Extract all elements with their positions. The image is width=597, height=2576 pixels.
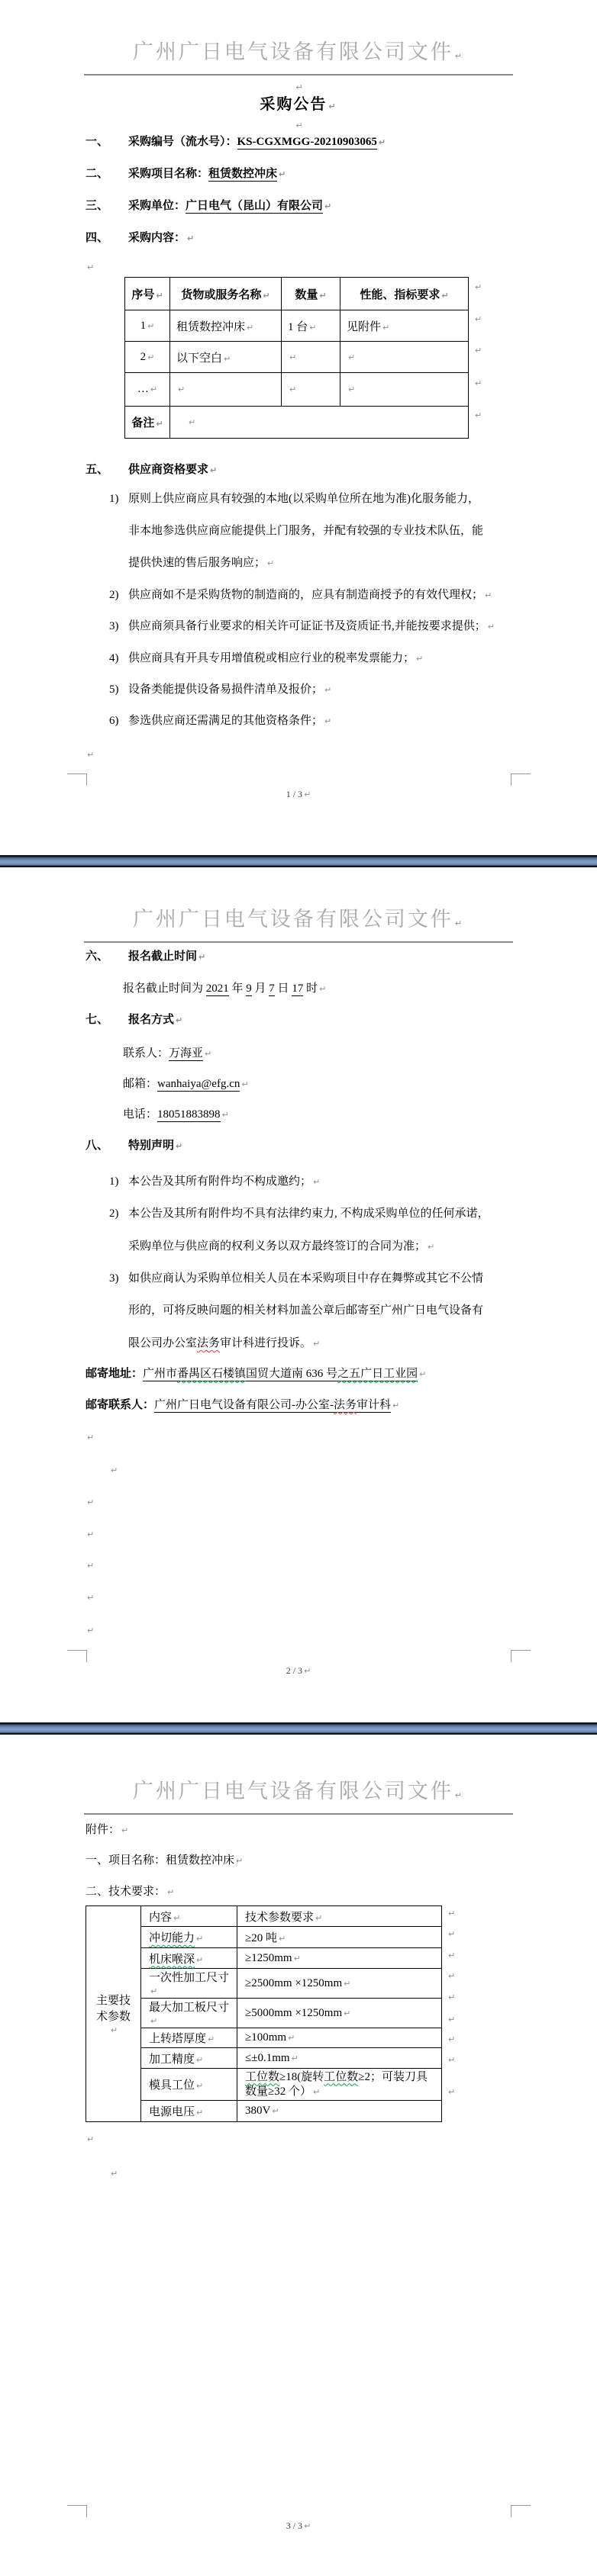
section-special-statement: 八、特别声明↵ <box>86 1138 182 1154</box>
mail-contact-label: 邮寄联系人： <box>86 1399 154 1411</box>
item-text: 非本地参选供应商应能提供上门服务，并配有较强的专业技术队伍，能 <box>128 525 483 537</box>
pilcrow-mark: ↵ <box>294 1954 301 1963</box>
pilcrow-mark: ↵ <box>222 1110 229 1120</box>
pilcrow-line: ↵ <box>86 1590 94 1606</box>
item-text-flagged: 法务 <box>197 1337 220 1349</box>
cell-qty: ↵ <box>282 373 340 407</box>
item-text: 限公司办公室 <box>128 1337 197 1349</box>
pilcrow-mark: ↵ <box>344 2008 350 2018</box>
list-item: 1)本公告及其所有附件均不构成邀约；↵ <box>109 1174 320 1190</box>
pilcrow-mark: ↵ <box>419 1369 426 1379</box>
pilcrow-mark: ↵ <box>324 716 331 726</box>
cell-seq: …↵ <box>125 373 170 407</box>
pilcrow-mark: ↵ <box>196 2055 203 2065</box>
pilcrow-line: ↵ <box>86 1558 94 1574</box>
section-purchase-content: 四、采购内容：↵ <box>86 230 194 246</box>
section-project-name: 二、采购项目名称：租赁数控冲床↵ <box>86 166 286 182</box>
pilcrow-mark: ↵ <box>448 2034 455 2044</box>
page-3: 广州广日电气设备有限公司文件↵ 附件：↵ 一、项目名称：租赁数控冲床↵ 二、技术… <box>0 1735 597 2576</box>
section-label: 采购内容： <box>128 232 186 244</box>
pilcrow-mark: ↵ <box>236 1856 243 1866</box>
pilcrow-mark: ↵ <box>324 685 331 695</box>
spec-header-row: 主要技术参数↵ 内容↵ 技术参数要求↵ <box>86 1906 442 1927</box>
pilcrow-mark: ↵ <box>87 1433 94 1442</box>
header-cell-qty: 数量↵ <box>282 278 340 310</box>
pilcrow-mark: ↵ <box>448 2087 455 2097</box>
project-name-value: 租赁数控冲床 <box>208 168 277 182</box>
item-number: 1) <box>109 1174 128 1189</box>
spec-label-cell: 加工精度↵ <box>141 2048 237 2069</box>
note-value-cell: ↵ <box>170 407 469 439</box>
pilcrow-line: ↵ <box>86 1494 94 1510</box>
page-2: 广州广日电气设备有限公司文件↵ 六、报名截止时间↵ 报名截止时间为 2021 年… <box>0 867 597 1722</box>
pilcrow-mark: ↵ <box>196 1955 203 1965</box>
item-number: 二、 <box>86 1886 108 1898</box>
item-text: 采购单位与供应商的权利义务以双方最终签订的合同为准； <box>128 1240 426 1253</box>
section-number: 五、 <box>86 462 128 478</box>
cell-goods: 以下空白↵ <box>170 342 282 373</box>
pilcrow-mark: ↵ <box>208 2034 215 2044</box>
page-title-text: 采购公告 <box>260 96 327 113</box>
mail-contact-part-flagged: 法务 <box>334 1399 357 1411</box>
mail-address-part: 广州市 <box>143 1368 177 1380</box>
item-text: 参选供应商还需满足的其他资格条件； <box>128 715 323 727</box>
pilcrow-mark: ↵ <box>382 323 389 333</box>
section-label: 报名截止时间 <box>128 950 197 963</box>
text-boundary-mark-left <box>67 773 87 786</box>
deadline-text: 时 <box>303 982 318 995</box>
spec-value-cell: ≥20 吨↵ <box>237 1927 442 1948</box>
pilcrow-mark: ↵ <box>178 384 185 394</box>
technical-spec-table: 主要技术参数↵ 内容↵ 技术参数要求↵ 冲切能力↵ ≥20 吨↵ 机床喉深↵ ≥… <box>86 1905 442 2122</box>
pilcrow-mark: ↵ <box>150 2016 157 2026</box>
pilcrow-mark: ↵ <box>173 1913 180 1923</box>
email-value: wanhaiya@efg.cn <box>157 1078 240 1092</box>
page-footer: 3 / 3↵ <box>0 2520 597 2532</box>
section-number: 二、 <box>86 166 128 182</box>
table-row: 2↵ 以下空白↵ ↵ ↵ <box>125 342 469 373</box>
pilcrow-mark: ↵ <box>324 201 331 211</box>
email-label: 邮箱： <box>123 1078 157 1090</box>
item-number: 3) <box>109 1271 128 1286</box>
section-label: 供应商资格要求 <box>128 464 208 476</box>
pilcrow-mark: ↵ <box>448 1909 455 1918</box>
item-text: 供应商如不是采购货物的制造商的，应具有制造商授予的有效代理权； <box>128 589 483 601</box>
item-text: 审计科进行投诉。 <box>220 1337 311 1349</box>
list-item-continuation: 限公司办公室法务审计科进行投诉。↵ <box>128 1336 320 1352</box>
pilcrow-mark: ↵ <box>87 750 94 760</box>
section-deadline: 六、报名截止时间↵ <box>86 949 205 965</box>
spec-label-cell: 冲切能力↵ <box>141 1927 237 1948</box>
header-cell-seq: 序号↵ <box>125 278 170 310</box>
mail-address-line: 邮寄地址：广州市番禺区石楼镇国贸大道南 636 号之五广日工业园↵ <box>86 1366 426 1382</box>
pilcrow-mark: ↵ <box>448 2055 455 2065</box>
spec-label-cell: 模具工位↵ <box>141 2069 237 2101</box>
table-row: 1↵ 租赁数控冲床↵ 1 台↵ 见附件↵ <box>125 310 469 342</box>
section-number: 八、 <box>86 1138 128 1153</box>
section-supplier-qualification: 五、供应商资格要求↵ <box>86 462 217 478</box>
mail-contact-line: 邮寄联系人：广州广日电气设备有限公司-办公室-法务审计科↵ <box>86 1397 399 1413</box>
item-number: 1) <box>109 491 128 507</box>
spec-value-cell: ≤±0.1mm↵ <box>237 2048 442 2069</box>
pilcrow-mark: ↵ <box>313 2087 320 2097</box>
item-number: 2) <box>109 587 128 603</box>
pilcrow-mark: ↵ <box>210 465 217 475</box>
pilcrow-mark: ↵ <box>416 654 423 664</box>
mail-address-part-flagged: 之五广日工业园 <box>337 1368 418 1380</box>
spec-value-cell: 技术参数要求↵ <box>237 1906 442 1927</box>
contact-name: 万海亚 <box>169 1047 203 1061</box>
mail-address-value: 广州市番禺区石楼镇国贸大道南 636 号之五广日工业园 <box>143 1368 418 1381</box>
pilcrow-mark: ↵ <box>176 1141 182 1151</box>
letterhead-text: 广州广日电气设备有限公司文件 <box>133 1780 453 1803</box>
purchase-content-table: 序号↵ 货物或服务名称↵ 数量↵ 性能、指标要求↵ 1↵ 租赁数控冲床↵ 1 台… <box>124 277 469 439</box>
spec-value-cell: 工位数≥18(旋转工位数≥2；可装刀具数量≥32 个）↵ <box>237 2069 442 2101</box>
pilcrow-mark: ↵ <box>288 2033 295 2043</box>
item-text: 形的，可将反映问题的相关材料加盖公章后邮寄至广州广日电气设备有 <box>128 1304 483 1317</box>
pilcrow-mark: ↵ <box>121 1825 128 1835</box>
pilcrow-mark: ↵ <box>475 314 482 324</box>
pilcrow-mark: ↵ <box>187 233 194 243</box>
pilcrow-mark: ↵ <box>344 1979 350 1989</box>
pilcrow-mark: ↵ <box>87 262 94 272</box>
pilcrow-mark: ↵ <box>455 51 464 61</box>
section-number: 三、 <box>86 198 128 214</box>
attachment-item-project: 一、项目名称：租赁数控冲床↵ <box>86 1853 243 1869</box>
text-boundary-mark-right <box>511 773 531 786</box>
pilcrow-line: ↵ <box>86 1430 94 1446</box>
contact-line: 联系人：万海亚↵ <box>123 1046 211 1062</box>
cell-spec: ↵ <box>340 342 469 373</box>
letterhead-rule <box>84 1813 513 1815</box>
deadline-text: 报名截止时间为 <box>123 982 206 995</box>
company-letterhead: 广州广日电气设备有限公司文件↵ <box>0 907 597 936</box>
spec-value-cell: ≥2500mm ×1250mm↵ <box>237 1969 442 1999</box>
pilcrow-mark: ↵ <box>176 1015 182 1025</box>
letterhead-text: 广州广日电气设备有限公司文件 <box>133 40 453 63</box>
pilcrow-mark: ↵ <box>205 1049 211 1059</box>
text-boundary-mark-right <box>511 2505 531 2517</box>
item-text: 原则上供应商应具有较强的本地(以采购单位所在地为准)化服务能力， <box>128 493 479 505</box>
page-footer: 1 / 3↵ <box>0 789 597 800</box>
contact-label: 联系人： <box>123 1047 169 1060</box>
mail-address-part-flagged: 番禺区石楼镇 <box>177 1368 246 1380</box>
list-item: 2)本公告及其所有附件均不具有法律约束力, 不构成采购单位的任何承诺， <box>109 1206 489 1221</box>
pilcrow-mark: ↵ <box>475 282 482 292</box>
pilcrow-mark: ↵ <box>309 323 316 333</box>
purchase-unit-value: 广日电气（昆山）有限公司 <box>186 200 323 214</box>
pilcrow-mark: ↵ <box>263 291 269 301</box>
pilcrow-mark: ↵ <box>455 918 464 928</box>
pilcrow-mark: ↵ <box>156 291 163 301</box>
item-text: 提供快速的售后服务响应； <box>128 557 266 569</box>
deadline-text: 日 <box>275 982 292 995</box>
phone-label: 电话： <box>123 1108 157 1121</box>
item-text: 技术要求： <box>108 1886 166 1898</box>
item-number: 一、 <box>86 1854 108 1867</box>
list-item-continuation: 非本地参选供应商应能提供上门服务，并配有较强的专业技术队伍，能 <box>128 523 483 539</box>
list-item: 3)供应商须具备行业要求的相关许可证证书及资质证书,并能按要求提供；↵ <box>109 619 495 635</box>
item-text: 本公告及其所有附件均不具有法律约束力, 不构成采购单位的任何承诺， <box>128 1208 489 1220</box>
list-item: 2)供应商如不是采购货物的制造商的，应具有制造商授予的有效代理权；↵ <box>109 587 492 603</box>
cell-spec: ↵ <box>340 373 469 407</box>
pilcrow-mark: ↵ <box>147 352 154 362</box>
pilcrow-line: ↵ <box>109 2166 118 2182</box>
spec-value-cell: ≥5000mm ×1250mm↵ <box>237 1999 442 2028</box>
pilcrow-mark: ↵ <box>289 384 296 394</box>
cell-goods: ↵ <box>170 373 282 407</box>
pilcrow-mark: ↵ <box>150 1986 157 1996</box>
cell-goods: 租赁数控冲床↵ <box>170 310 282 342</box>
pilcrow-mark: ↵ <box>241 1079 248 1089</box>
text-boundary-mark-left <box>67 2505 87 2517</box>
pilcrow-mark: ↵ <box>87 1626 94 1635</box>
cell-seq: 1↵ <box>125 310 170 342</box>
spec-label-cell: 机床喉深↵ <box>141 1948 237 1969</box>
pilcrow-mark: ↵ <box>328 101 337 111</box>
pilcrow-mark: ↵ <box>292 2053 298 2063</box>
spec-label-cell: 上转塔厚度↵ <box>141 2028 237 2048</box>
item-text: 供应商须具备行业要求的相关许可证证书及资质证书,并能按要求提供； <box>128 620 486 632</box>
page-separator-bar <box>0 1722 597 1735</box>
pilcrow-mark: ↵ <box>315 1913 322 1923</box>
item-number: 3) <box>109 619 128 634</box>
spec-value-cell: ≥1250mm↵ <box>237 1948 442 1969</box>
section-purchase-number: 一、采购编号（流水号）：KS-CGXMGG-20210903065↵ <box>86 134 386 150</box>
table-header-row: 序号↵ 货物或服务名称↵ 数量↵ 性能、指标要求↵ <box>125 278 469 310</box>
spec-label-cell: 一次性加工尺寸↵ <box>141 1969 237 1999</box>
item-text: 供应商具有开具专用增值税或相应行业的税率发票能力； <box>128 652 415 664</box>
section-label: 采购单位： <box>128 200 186 212</box>
pilcrow-mark: ↵ <box>348 352 355 362</box>
company-letterhead: 广州广日电气设备有限公司文件↵ <box>0 40 597 69</box>
pilcrow-mark: ↵ <box>428 1242 434 1252</box>
item-text: 设备类能提供设备易损件清单及报价； <box>128 683 323 696</box>
spec-group-cell: 主要技术参数↵ <box>86 1906 141 2122</box>
attachment-heading: 附件：↵ <box>86 1822 128 1838</box>
pilcrow-mark: ↵ <box>289 352 296 362</box>
table-note-row: 备注↵ ↵ <box>125 407 469 439</box>
attachment-label: 附件： <box>86 1824 120 1836</box>
page-number: 2 / 3 <box>286 1665 302 1676</box>
pilcrow-mark: ↵ <box>392 1401 399 1410</box>
pilcrow-mark: ↵ <box>196 1934 203 1944</box>
deadline-year: 2021 <box>206 982 229 996</box>
pilcrow-mark: ↵ <box>111 2169 118 2179</box>
section-registration: 七、报名方式↵ <box>86 1012 182 1028</box>
pilcrow-line: ↵ <box>0 117 597 133</box>
item-number: 5) <box>109 682 128 697</box>
cell-qty: 1 台↵ <box>282 310 340 342</box>
spec-label-cell: 电源电压↵ <box>141 2101 237 2122</box>
mail-contact-part: 广州广日电气设备有限公司-办公室- <box>154 1399 334 1411</box>
pilcrow-mark: ↵ <box>267 558 274 568</box>
email-line: 邮箱：wanhaiya@efg.cn↵ <box>123 1076 249 1092</box>
pilcrow-mark: ↵ <box>167 1887 174 1897</box>
phone-line: 电话：18051883898↵ <box>123 1107 229 1123</box>
deadline-line: 报名截止时间为 2021 年 9 月 7 日 17 时↵ <box>123 981 326 997</box>
page-title: 采购公告↵ <box>0 92 597 114</box>
list-item: 6)参选供应商还需满足的其他资格条件；↵ <box>109 713 331 729</box>
item-number: 4) <box>109 651 128 666</box>
mail-contact-value: 广州广日电气设备有限公司-办公室-法务审计科 <box>154 1399 391 1413</box>
pilcrow-mark: ↵ <box>304 2521 311 2531</box>
pilcrow-mark: ↵ <box>224 354 231 364</box>
pilcrow-mark: ↵ <box>379 137 386 147</box>
pilcrow-line: ↵ <box>86 1526 94 1542</box>
text-boundary-mark-left <box>67 1650 87 1662</box>
pilcrow-mark: ↵ <box>488 622 495 632</box>
page-number: 3 / 3 <box>286 2520 302 2531</box>
pilcrow-mark: ↵ <box>279 169 286 179</box>
item-number: 6) <box>109 713 128 728</box>
deadline-text: 月 <box>252 982 269 995</box>
section-purchase-unit: 三、采购单位：广日电气（昆山）有限公司↵ <box>86 198 331 214</box>
header-cell-spec: 性能、指标要求↵ <box>340 278 469 310</box>
item-text: 项目名称：租赁数控冲床 <box>108 1854 234 1867</box>
deadline-day: 7 <box>269 982 275 996</box>
section-number: 一、 <box>86 134 128 150</box>
pilcrow-mark: ↵ <box>313 1339 320 1349</box>
list-item: 1)原则上供应商应具有较强的本地(以采购单位所在地为准)化服务能力， <box>109 491 479 507</box>
pilcrow-mark: ↵ <box>198 952 205 962</box>
pilcrow-mark: ↵ <box>247 323 253 333</box>
pilcrow-mark: ↵ <box>448 1929 455 1939</box>
pilcrow-mark: ↵ <box>87 1593 94 1603</box>
attachment-item-tech: 二、技术要求：↵ <box>86 1884 174 1900</box>
item-number: 2) <box>109 1206 128 1221</box>
pilcrow-mark: ↵ <box>87 2134 94 2144</box>
deadline-text: 年 <box>229 982 247 995</box>
pilcrow-mark: ↵ <box>319 984 326 994</box>
pilcrow-line: ↵ <box>86 2131 94 2147</box>
deadline-month: 9 <box>246 982 252 996</box>
pilcrow-mark: ↵ <box>196 2108 203 2118</box>
header-cell-goods: 货物或服务名称↵ <box>170 278 282 310</box>
cell-spec: 见附件↵ <box>340 310 469 342</box>
pilcrow-mark: ↵ <box>111 1465 118 1475</box>
page-footer: 2 / 3↵ <box>0 1665 597 1677</box>
pilcrow-mark: ↵ <box>448 1950 455 1960</box>
spec-value-cell: 380V↵ <box>237 2101 442 2122</box>
list-item-continuation: 提供快速的售后服务响应；↵ <box>128 555 274 571</box>
pilcrow-mark: ↵ <box>448 2015 455 2024</box>
pilcrow-line: ↵ <box>86 259 94 275</box>
mail-address-label: 邮寄地址： <box>86 1368 143 1380</box>
letterhead-rule <box>84 941 513 943</box>
pilcrow-mark: ↵ <box>178 417 195 427</box>
section-number: 七、 <box>86 1012 128 1028</box>
page-1: 广州广日电气设备有限公司文件↵ ↵ 采购公告↵ ↵ 一、采购编号（流水号）：KS… <box>0 0 597 855</box>
mail-contact-part: 审计科 <box>357 1399 391 1411</box>
list-item: 4)供应商具有开具专用增值税或相应行业的税率发票能力；↵ <box>109 651 423 667</box>
letterhead-rule <box>84 74 513 76</box>
list-item: 3)如供应商认为采购单位相关人员在本采购项目中存在舞弊或其它不公情 <box>109 1271 483 1286</box>
pilcrow-mark: ↵ <box>304 1666 311 1676</box>
pilcrow-mark: ↵ <box>475 378 482 388</box>
pilcrow-mark: ↵ <box>156 419 163 429</box>
page-separator-bar <box>0 855 597 867</box>
section-number: 四、 <box>86 230 128 246</box>
pilcrow-mark: ↵ <box>87 1529 94 1539</box>
spec-label-cell: 内容↵ <box>141 1906 237 1927</box>
deadline-hour: 17 <box>292 982 303 996</box>
spec-label-cell: 最大加工板尺寸↵ <box>141 1999 237 2028</box>
company-letterhead: 广州广日电气设备有限公司文件↵ <box>0 1779 597 1808</box>
pilcrow-mark: ↵ <box>279 1934 286 1944</box>
mail-address-part: 国贸大道南 636 号 <box>246 1368 337 1380</box>
pilcrow-mark: ↵ <box>319 291 326 301</box>
list-item-continuation: 采购单位与供应商的权利义务以双方最终签订的合同为准；↵ <box>128 1239 434 1255</box>
purchase-number-value: KS-CGXMGG-20210903065 <box>237 136 377 150</box>
list-item-continuation: 形的，可将反映问题的相关材料加盖公章后邮寄至广州广日电气设备有 <box>128 1303 483 1318</box>
pilcrow-line: ↵ <box>86 1622 94 1639</box>
page-number: 1 / 3 <box>286 789 302 799</box>
phone-value: 18051883898 <box>157 1108 221 1122</box>
pilcrow-mark: ↵ <box>485 590 492 600</box>
pilcrow-line: ↵ <box>109 1462 118 1478</box>
pilcrow-mark: ↵ <box>147 321 154 331</box>
cell-seq: 2↵ <box>125 342 170 373</box>
table-row: …↵ ↵ ↵ ↵ <box>125 373 469 407</box>
note-label-cell: 备注↵ <box>125 407 170 439</box>
section-label: 报名方式 <box>128 1014 174 1026</box>
list-item: 5)设备类能提供设备易损件清单及报价；↵ <box>109 682 331 698</box>
pilcrow-mark: ↵ <box>441 291 448 301</box>
pilcrow-mark: ↵ <box>455 1790 464 1800</box>
letterhead-text: 广州广日电气设备有限公司文件 <box>133 908 453 931</box>
pilcrow-mark: ↵ <box>304 790 311 799</box>
cell-qty: ↵ <box>282 342 340 373</box>
item-text: 如供应商认为采购单位相关人员在本采购项目中存在舞弊或其它不公情 <box>128 1272 483 1285</box>
pilcrow-mark: ↵ <box>475 410 482 420</box>
pilcrow-mark: ↵ <box>348 384 355 394</box>
pilcrow-mark: ↵ <box>448 1992 455 2002</box>
pilcrow-mark: ↵ <box>111 2025 118 2035</box>
pilcrow-mark: ↵ <box>272 2106 279 2116</box>
pilcrow-mark: ↵ <box>196 2081 203 2091</box>
pilcrow-mark: ↵ <box>448 1971 455 1981</box>
pilcrow-mark: ↵ <box>87 1561 94 1571</box>
spec-value-cell: ≥100mm↵ <box>237 2028 442 2048</box>
pilcrow-mark: ↵ <box>295 121 302 130</box>
pilcrow-mark: ↵ <box>313 1177 320 1187</box>
pilcrow-mark: ↵ <box>475 346 482 355</box>
text-boundary-mark-right <box>511 1650 531 1662</box>
pilcrow-line: ↵ <box>86 747 94 763</box>
pilcrow-mark: ↵ <box>87 1497 94 1507</box>
section-number: 六、 <box>86 949 128 964</box>
section-label: 采购编号（流水号）： <box>128 136 237 148</box>
section-label: 特别声明 <box>128 1140 174 1152</box>
pilcrow-mark: ↵ <box>150 384 157 394</box>
section-label: 采购项目名称： <box>128 168 208 180</box>
item-text: 本公告及其所有附件均不构成邀约； <box>128 1175 311 1188</box>
